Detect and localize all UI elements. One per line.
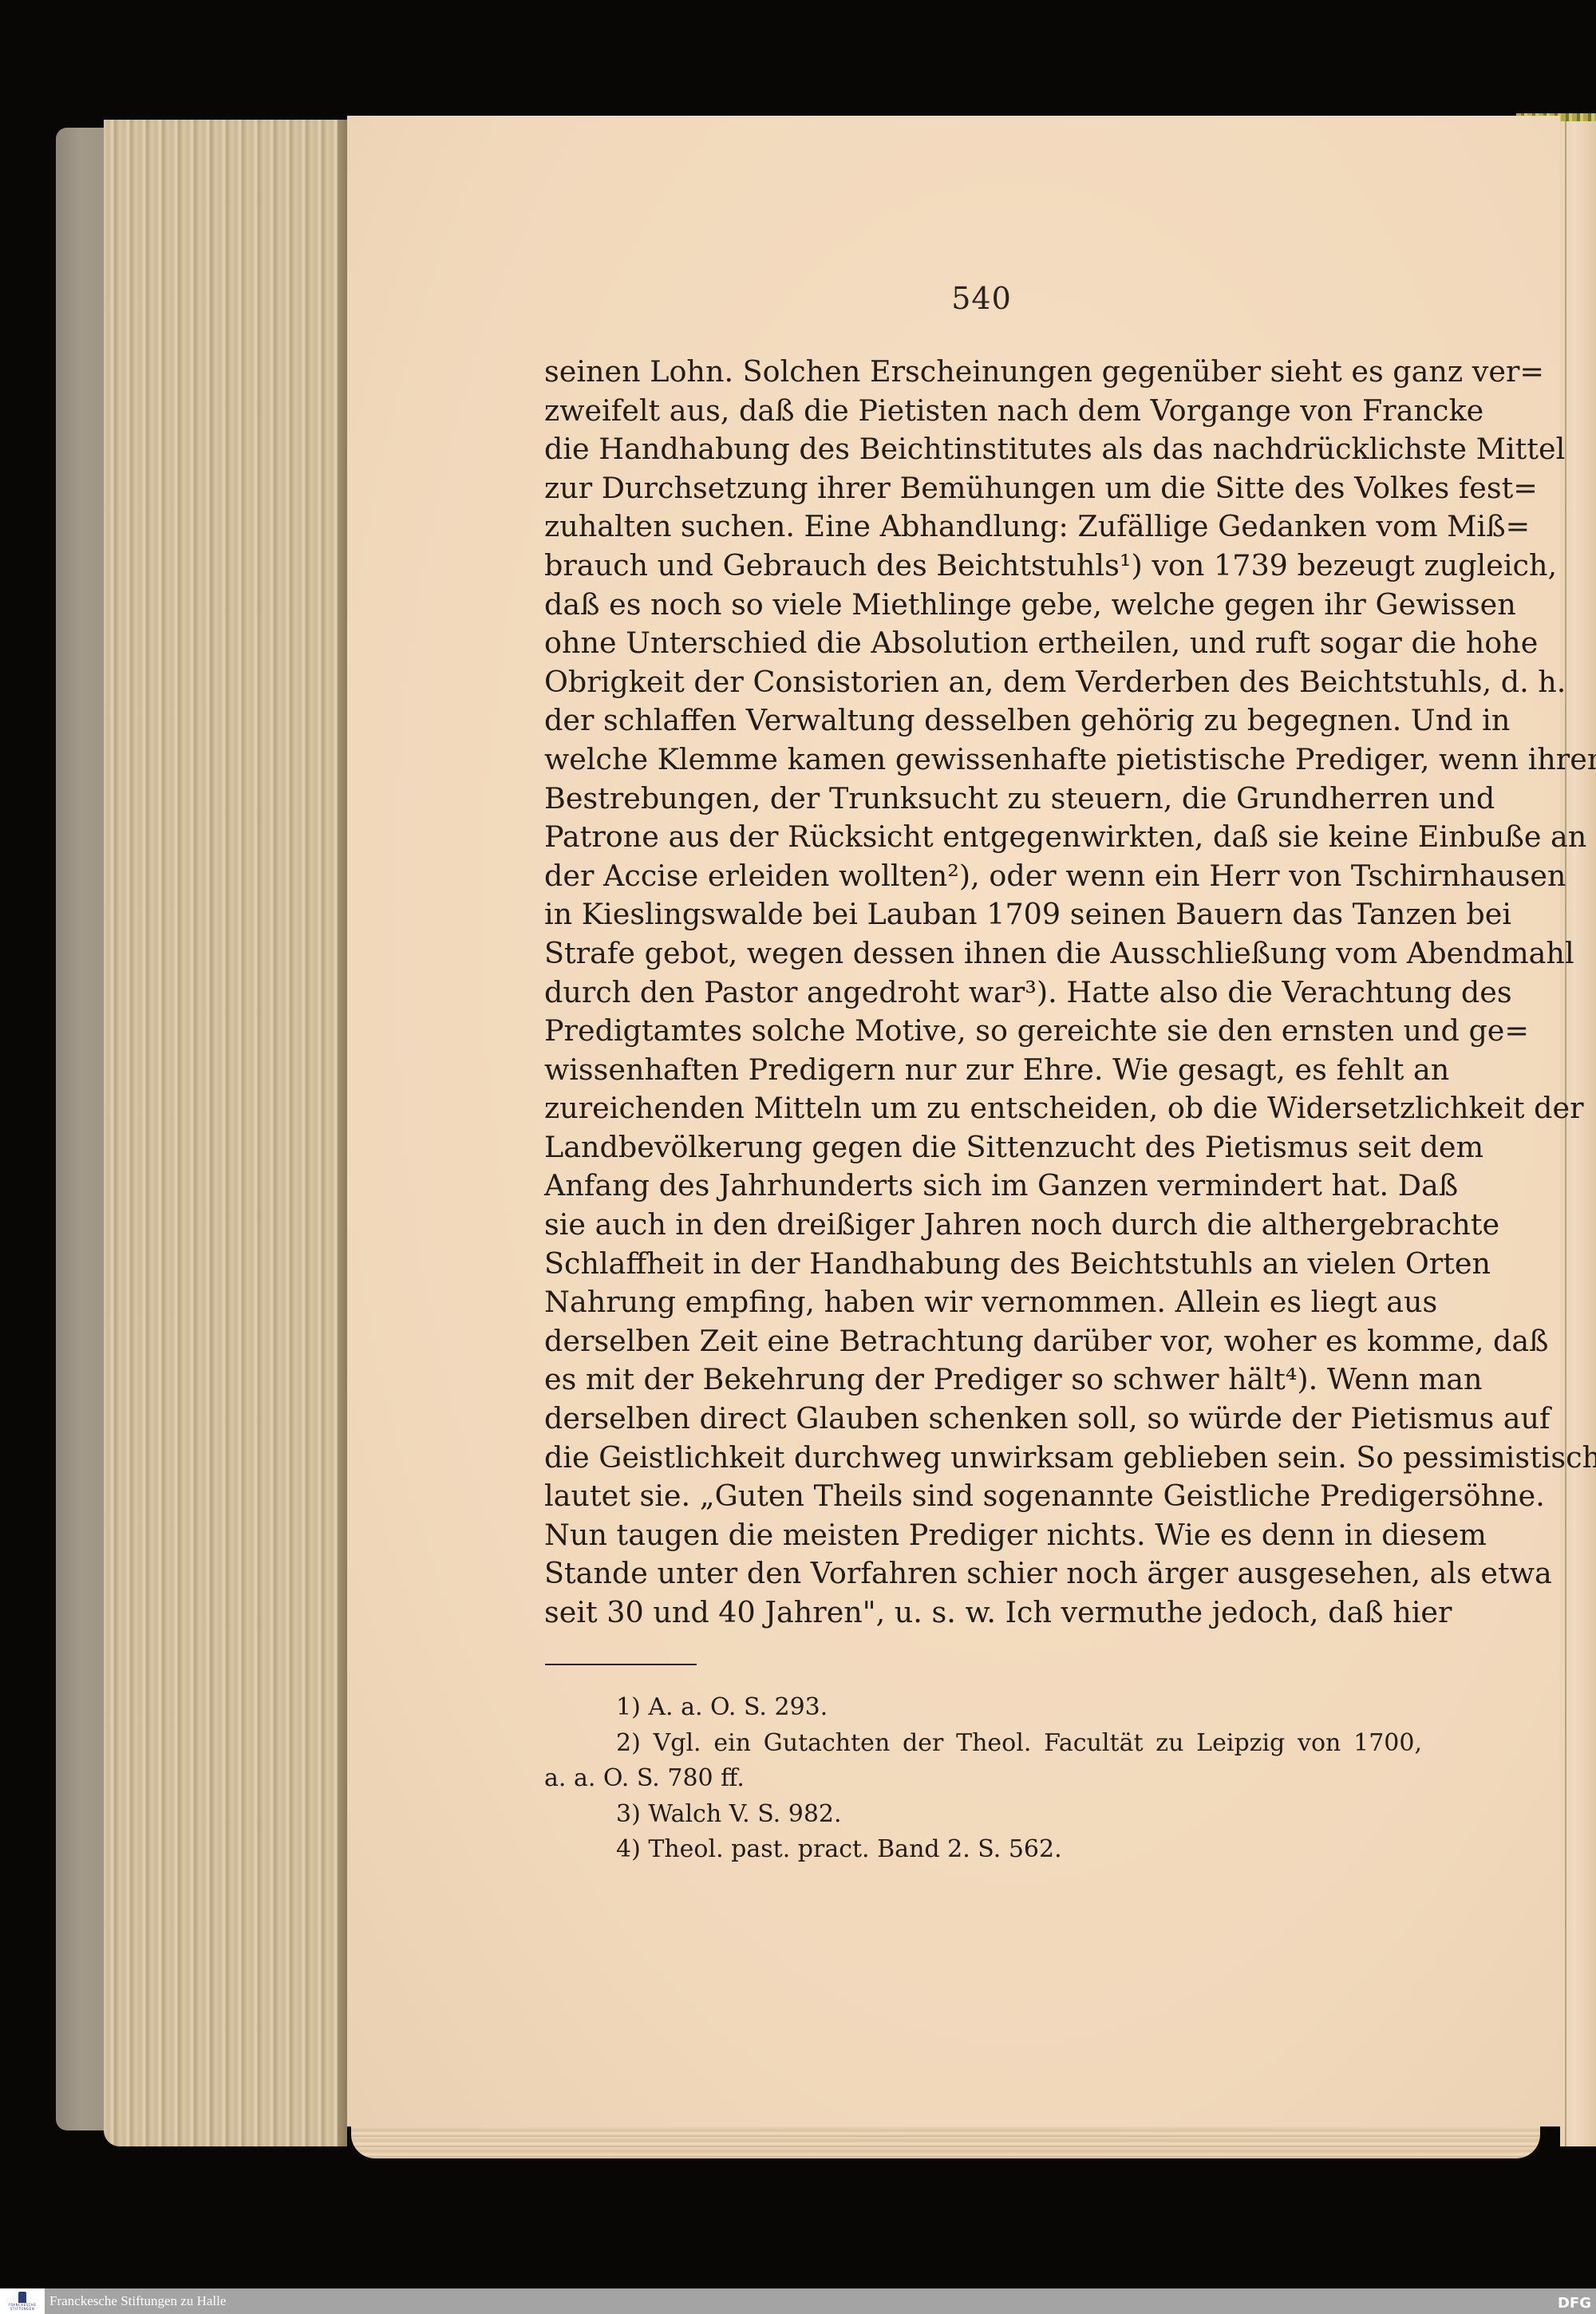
text-line: lautet sie. „Guten Theils sind sogenannt… — [544, 1477, 1422, 1516]
text-line: seinen Lohn. Solchen Erscheinungen gegen… — [544, 353, 1422, 392]
text-line: Stande unter den Vorfahren schier noch ä… — [544, 1554, 1422, 1593]
text-line: zureichenden Mitteln um zu entscheiden, … — [544, 1089, 1422, 1128]
text-line: Obrigkeit der Consistorien an, dem Verde… — [544, 663, 1422, 702]
text-line: daß es noch so viele Miethlinge gebe, we… — [544, 586, 1422, 625]
text-line: in Kieslingswalde bei Lauban 1709 seinen… — [544, 895, 1422, 934]
footnote-1: 1) A. a. O. S. 293. — [544, 1690, 1422, 1726]
page-stack-left — [104, 120, 347, 2146]
text-line: seit 30 und 40 Jahren", u. s. w. Ich ver… — [544, 1593, 1422, 1633]
page-stack-right — [1560, 120, 1596, 2146]
footnote-2-continuation: a. a. O. S. 780 ff. — [544, 1761, 1422, 1797]
text-line: brauch und Gebrauch des Beichtstuhls¹) v… — [544, 547, 1422, 586]
footnote-text: Vgl. ein Gutachten der Theol. Facultät z… — [654, 1729, 1422, 1757]
text-line: der schlaffen Verwaltung desselben gehör… — [544, 701, 1422, 740]
text-line: es mit der Bekehrung der Prediger so sch… — [544, 1360, 1422, 1400]
page-bottom-edge — [351, 2126, 1540, 2158]
footnotes: 1) A. a. O. S. 293. 2) Vgl. ein Gutachte… — [544, 1690, 1422, 1868]
body-text: seinen Lohn. Solchen Erscheinungen gegen… — [544, 353, 1422, 1633]
footnote-mark: 2) — [616, 1729, 641, 1757]
footnote-mark: 1) — [616, 1693, 641, 1721]
footnote-text: A. a. O. S. 293. — [648, 1693, 828, 1721]
text-line: sie auch in den dreißiger Jahren noch du… — [544, 1206, 1422, 1245]
text-line: derselben direct Glauben schenken soll, … — [544, 1400, 1422, 1439]
institution-name: Franckesche Stiftungen zu Halle — [49, 2293, 226, 2309]
text-line: die Handhabung des Beichtinstitutes als … — [544, 430, 1422, 469]
footnote-text: Theol. past. pract. Band 2. S. 562. — [648, 1835, 1061, 1863]
text-line: zur Durchsetzung ihrer Bemühungen um die… — [544, 469, 1422, 508]
text-line: Nun taugen die meisten Prediger nichts. … — [544, 1516, 1422, 1555]
footnote-text: Walch V. S. 982. — [648, 1800, 841, 1828]
text-line: Nahrung empfing, haben wir vernommen. Al… — [544, 1283, 1422, 1322]
text-line: Patrone aus der Rücksicht entgegenwirkte… — [544, 818, 1422, 857]
text-line: Strafe gebot, wegen dessen ihnen die Aus… — [544, 934, 1422, 973]
text-line: zweifelt aus, daß die Pietisten nach dem… — [544, 392, 1422, 431]
footer-bar: FRANCKESCHE STIFTUNGEN Franckesche Stift… — [0, 2288, 1596, 2314]
text-line: der Accise erleiden wollten²), oder wenn… — [544, 857, 1422, 896]
logo-text-line2: STIFTUNGEN — [10, 2307, 34, 2311]
footnote-2: 2) Vgl. ein Gutachten der Theol. Facultä… — [544, 1726, 1422, 1762]
footnote-divider — [545, 1664, 697, 1665]
dfg-logo: DFG — [1558, 2295, 1591, 2312]
text-line: Bestrebungen, der Trunksucht zu steuern,… — [544, 780, 1422, 819]
text-line: durch den Pastor angedroht war³). Hatte … — [544, 973, 1422, 1013]
page-number: 540 — [950, 281, 1013, 316]
footnote-3: 3) Walch V. S. 982. — [544, 1797, 1422, 1833]
footnote-mark: 3) — [616, 1800, 641, 1828]
institution-logo: FRANCKESCHE STIFTUNGEN — [0, 2288, 45, 2314]
text-line: Anfang des Jahrhunderts sich im Ganzen v… — [544, 1167, 1422, 1206]
text-line: wissenhaften Predigern nur zur Ehre. Wie… — [544, 1051, 1422, 1090]
footnote-mark: 4) — [616, 1835, 641, 1863]
logo-figure-icon — [18, 2292, 26, 2303]
text-line: ohne Unterschied die Absolution ertheile… — [544, 624, 1422, 663]
text-line: derselben Zeit eine Betrachtung darüber … — [544, 1322, 1422, 1361]
text-line: Landbevölkerung gegen die Sittenzucht de… — [544, 1128, 1422, 1167]
footnote-4: 4) Theol. past. pract. Band 2. S. 562. — [544, 1832, 1422, 1868]
text-line: zuhalten suchen. Eine Abhandlung: Zufäll… — [544, 507, 1422, 547]
text-line: Schlaffheit in der Handhabung des Beicht… — [544, 1245, 1422, 1284]
text-line: die Geistlichkeit durchweg unwirksam geb… — [544, 1439, 1422, 1478]
text-line: Predigtamtes solche Motive, so gereichte… — [544, 1012, 1422, 1051]
text-line: welche Klemme kamen gewissenhafte pietis… — [544, 740, 1422, 780]
